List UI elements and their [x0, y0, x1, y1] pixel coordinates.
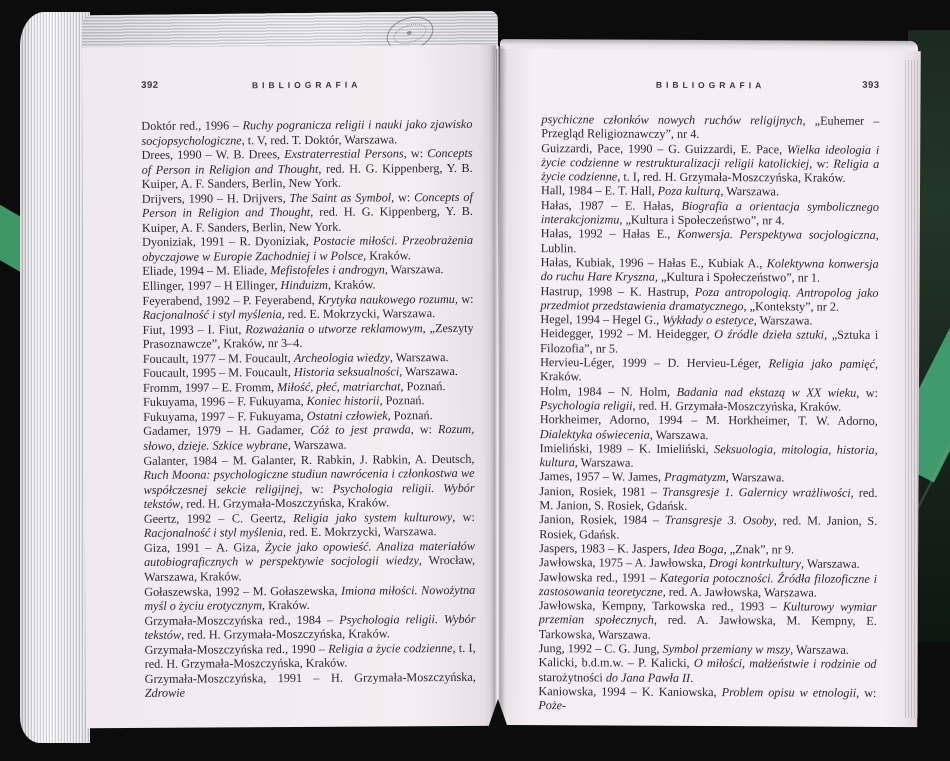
- running-head-right: BIBLIOGRAFIA: [542, 79, 880, 91]
- bibliography-entry: Drees, 1990 – W. B. Drees, Exstraterrest…: [142, 146, 473, 192]
- bibliography-entry: Kalicki, b.d.m.w. – P. Kalicki, O miłośc…: [538, 655, 876, 685]
- bibliography-entry: Gadamer, 1979 – H. Gadamer, Cóż to jest …: [143, 422, 474, 453]
- bibliography-entry: Dyoniziak, 1991 – R. Dyoniziak, Postacie…: [142, 233, 473, 264]
- bibliography-entry: Hałas, 1987 – E. Hałas, Biografia a orie…: [541, 198, 879, 228]
- left-page-entries: Doktór red., 1996 – Ruchy pogranicza rel…: [141, 117, 476, 701]
- gutter-bottom-shadow: [488, 699, 508, 728]
- bibliography-entry: Doktór red., 1996 – Ruchy pogranicza rel…: [141, 117, 472, 148]
- bibliography-entry: Drijvers, 1990 – H. Drijvers, The Saint …: [142, 190, 473, 236]
- bibliography-entry: Giza, 1991 – A. Giza, Życie jako opowieś…: [144, 539, 475, 585]
- bibliography-entry: Grzymała-Moszczyńska red., 1984 – Psycho…: [144, 611, 475, 642]
- bibliography-entry: Kaniowska, 1994 – K. Kaniowska, Problem …: [538, 684, 876, 714]
- bibliography-entry: Janion, Rosiek, 1981 – Transgresje 1. Ga…: [539, 484, 877, 514]
- bibliography-entry: Feyerabend, 1992 – P. Feyerabend, Krytyk…: [142, 291, 473, 322]
- book-gutter: [490, 46, 506, 727]
- bibliography-entry: Hastrup, 1998 – K. Hastrup, Poza antropo…: [540, 284, 878, 314]
- page-number-left: 392: [141, 80, 158, 91]
- bibliography-entry: Grzymała-Moszczyńska red., 1990 – Religi…: [145, 641, 476, 672]
- bibliography-entry: Hałas, Kubiak, 1996 – Hałas E., Kubiak A…: [541, 255, 879, 285]
- open-book-photo: 392 BIBLIOGRAFIA Doktór red., 1996 – Ruc…: [0, 0, 950, 761]
- left-page: 392 BIBLIOGRAFIA Doktór red., 1996 – Ruc…: [82, 45, 500, 729]
- bibliography-entry: Imieliński, 1989 – K. Imieliński, Seksuo…: [540, 441, 878, 471]
- bibliography-entry: Horkheimer, Adorno, 1994 – M. Horkheimer…: [540, 412, 878, 442]
- right-page-header: BIBLIOGRAFIA 393: [542, 79, 880, 95]
- bibliography-entry: Galanter, 1984 – M. Galanter, R. Rabkin,…: [143, 451, 474, 511]
- right-page: BIBLIOGRAFIA 393 psychiczne członków now…: [496, 49, 921, 727]
- bibliography-entry: Guizzardi, Pace, 1990 – G. Guizzardi, E.…: [541, 141, 879, 186]
- bibliography-entry: Jawłowska red., 1991 – Kategoria potoczn…: [539, 570, 877, 600]
- page-number-right: 393: [862, 80, 879, 91]
- bibliography-entry: psychiczne członków nowych ruchów religi…: [541, 112, 879, 142]
- bibliography-entry: Eliade, 1994 – M. Eliade, Mefistofeles i…: [142, 262, 473, 279]
- bibliography-entry: Holm, 1984 – N. Holm, Badania nad ekstaz…: [540, 384, 878, 414]
- left-page-header: 392 BIBLIOGRAFIA: [141, 79, 472, 95]
- right-page-edges: [903, 60, 920, 718]
- bibliography-entry: Heidegger, 1992 – M. Heidegger, O źródle…: [540, 327, 878, 357]
- right-page-entries: psychiczne członków nowych ruchów religi…: [538, 112, 879, 714]
- page-stack-fore-edge: [20, 12, 90, 743]
- bibliography-entry: Hervieu-Léger, 1999 – D. Hervieu-Léger, …: [540, 355, 878, 385]
- bibliography-entry: Jawłowska, Kempny, Tarkowska red., 1993 …: [539, 598, 877, 643]
- bibliography-entry: Geertz, 1992 – C. Geertz, Religia jako s…: [144, 510, 475, 541]
- bibliography-entry: Gołaszewska, 1992 – M. Gołaszewska, Imio…: [144, 582, 475, 613]
- bibliography-entry: Hałas, 1992 – Hałas E., Konwersja. Persp…: [541, 226, 879, 256]
- bibliography-entry: Fiut, 1993 – I. Fiut, Rozważania o utwor…: [143, 321, 474, 352]
- bibliography-entry: Grzymała-Moszczyńska, 1991 – H. Grzymała…: [145, 670, 476, 701]
- running-head-left: BIBLIOGRAFIA: [141, 79, 472, 91]
- bibliography-entry: Janion, Rosiek, 1984 – Transgresje 3. Os…: [539, 512, 877, 542]
